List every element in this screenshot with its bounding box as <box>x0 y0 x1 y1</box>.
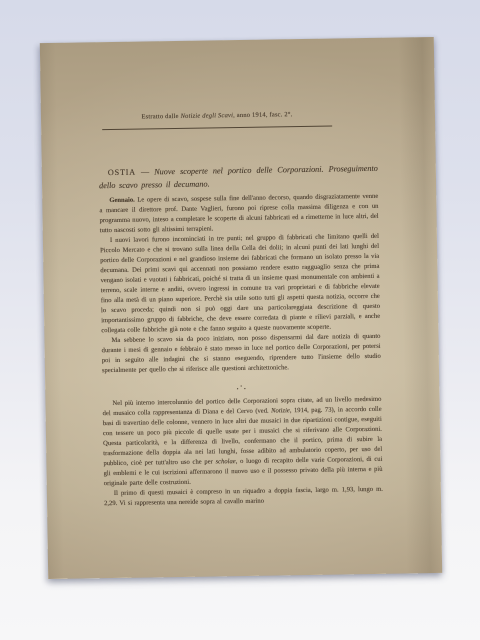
article-title-site: OSTIA <box>108 168 136 177</box>
journal-name: Notizie degli Scavi <box>181 112 234 120</box>
extract-header-prefix: Estratto dalle <box>141 113 180 121</box>
cited-journal: Notizie <box>271 407 290 414</box>
asterism-divider: .·. <box>102 379 381 393</box>
article-title: OSTIA — Nuove scoperte nel portico delle… <box>99 163 378 192</box>
paragraph-lead-month: Gennaio. <box>109 197 135 204</box>
paragraph-january-excavations: Gennaio. Le opere di scavo, sospese sull… <box>99 192 379 236</box>
paragraph-first-mosaic: Il primo di questi musaici è compreso in… <box>104 485 383 509</box>
paragraph-notice: Ma sebbene lo scavo sia da poco iniziato… <box>101 332 381 376</box>
article-title-dash: — <box>136 167 154 176</box>
paragraph-text: Le opere di scavo, sospese sulla fine de… <box>99 193 378 234</box>
photo-background: Estratto dalle Notizie degli Scavi, anno… <box>0 0 480 640</box>
extract-header-suffix: , anno 1914, fasc. 2°. <box>233 111 292 119</box>
extract-header: Estratto dalle Notizie degli Scavi, anno… <box>102 111 332 123</box>
printed-text-block: Estratto dalle Notizie degli Scavi, anno… <box>98 110 383 509</box>
paragraph-mosaics: Nel più interno intercolunnio del portic… <box>102 395 382 489</box>
header-rule <box>102 126 332 131</box>
paragraph-new-works: I nuovi lavori furono incominciati in tr… <box>100 232 381 336</box>
paper-sheet: Estratto dalle Notizie degli Scavi, anno… <box>40 37 442 579</box>
latin-term: scholae <box>216 458 236 465</box>
